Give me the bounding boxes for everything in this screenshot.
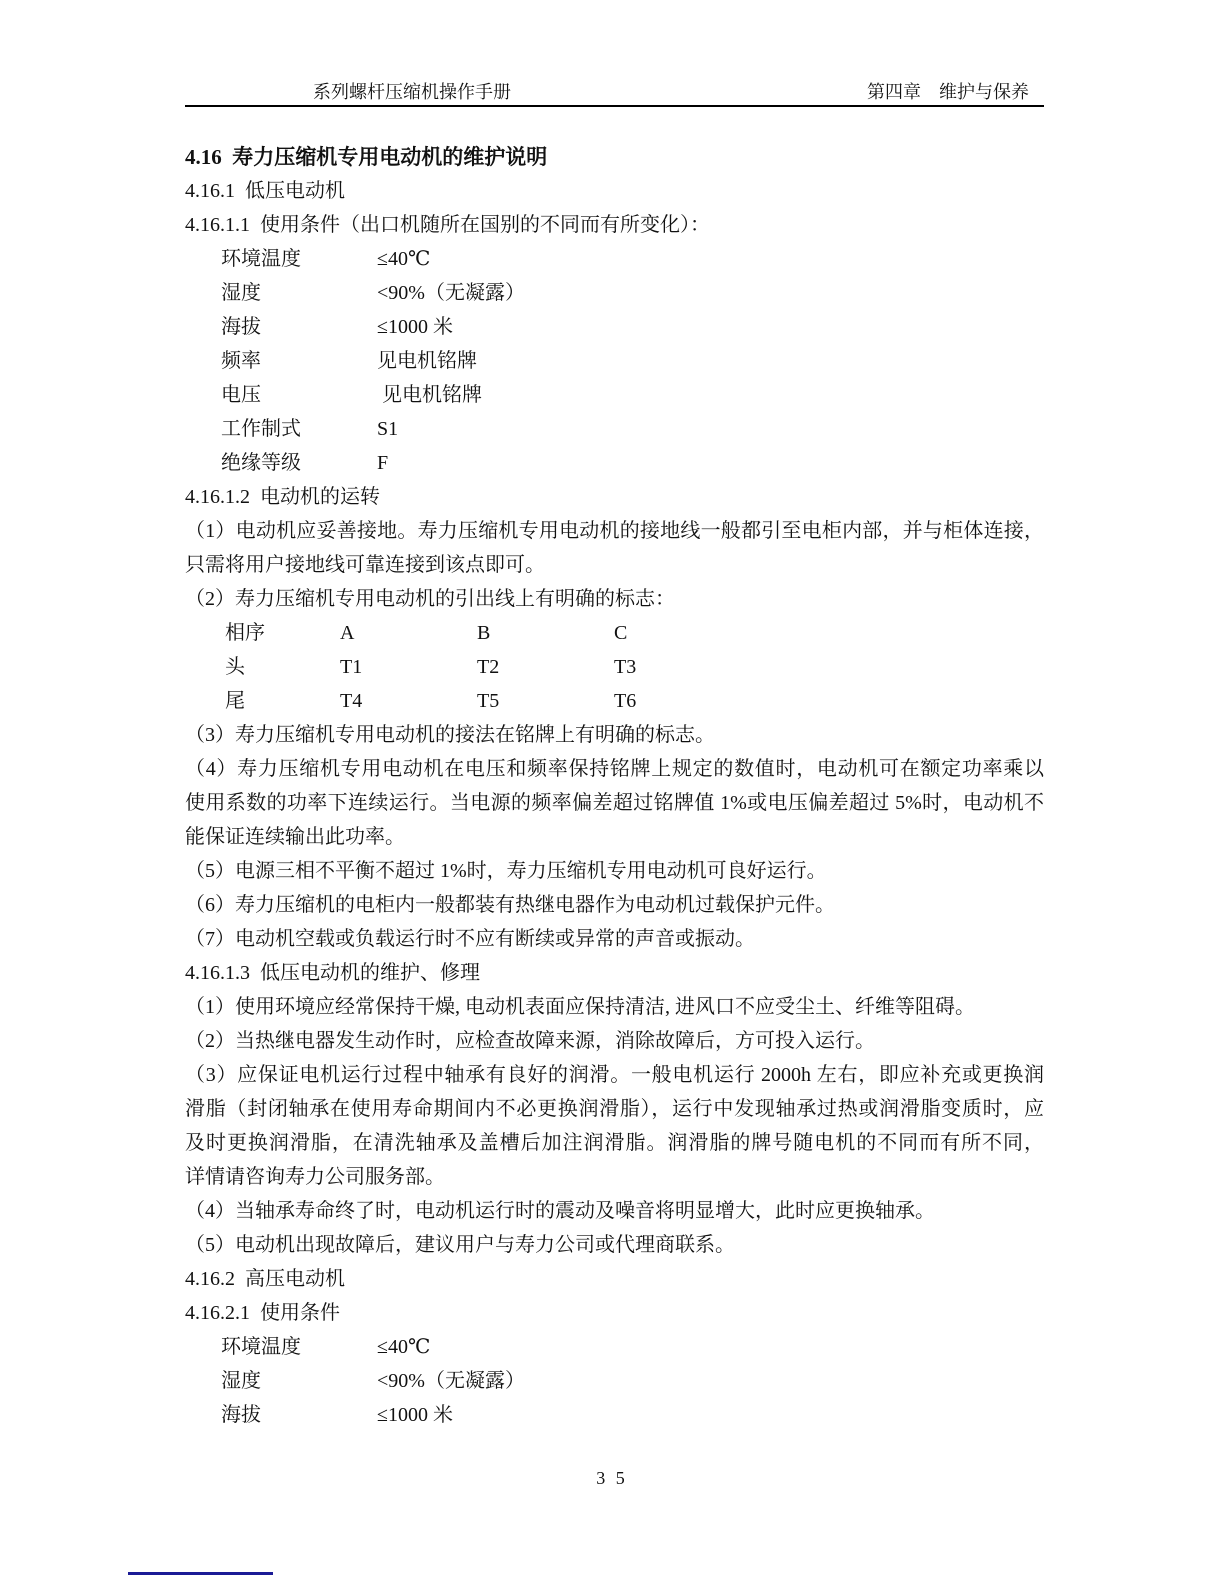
spec-label: 海拔: [221, 1398, 377, 1432]
spec-row-altitude: 海拔≤1000 米: [185, 310, 1044, 344]
paragraph-line: （3）寿力压缩机专用电动机的接法在铭牌上有明确的标志。: [185, 718, 1044, 752]
paragraph-line: （5）电动机出现故障后，建议用户与寿力公司或代理商联系。: [185, 1228, 1044, 1262]
spec-label: 湿度: [221, 276, 377, 310]
subsection-heading-4-16-2-1: 4.16.2.1 使用条件: [185, 1296, 1044, 1330]
spec-value: ≤40℃: [377, 1336, 430, 1358]
spec-label: 绝缘等级: [221, 446, 377, 480]
phase-col-a: T1: [340, 650, 477, 684]
paragraph-line: 能保证连续输出此功率。: [185, 820, 1044, 854]
subsection-heading-4-16-1-3: 4.16.1.3 低压电动机的维护、修理: [185, 956, 1044, 990]
spec-row-insulation-class: 绝缘等级F: [185, 446, 1044, 480]
spec-row-altitude: 海拔≤1000 米: [185, 1398, 1044, 1432]
phase-table-header-row: 相序ABC: [185, 616, 1044, 650]
footer-accent-rule: [128, 1572, 273, 1575]
paragraph-line: （2）寿力压缩机专用电动机的引出线上有明确的标志：: [185, 582, 1044, 616]
paragraph-line: 及时更换润滑脂，在清洗轴承及盖槽后加注润滑脂。润滑脂的牌号随电机的不同而有所不同…: [185, 1126, 1044, 1160]
paragraph-line: （3）应保证电机运行过程中轴承有良好的润滑。一般电机运行 2000h 左右，即应…: [185, 1058, 1044, 1092]
phase-table-tail-row: 尾T4T5T6: [185, 684, 1044, 718]
manual-page: 系列螺杆压缩机操作手册 第四章 维护与保养 4.16 寿力压缩机专用电动机的维护…: [0, 0, 1224, 1584]
paragraph-line: （2）当热继电器发生动作时，应检查故障来源，消除故障后，方可投入运行。: [185, 1024, 1044, 1058]
spec-label: 海拔: [221, 310, 377, 344]
spec-value: 见电机铭牌: [377, 384, 482, 406]
section-heading-4-16: 4.16 寿力压缩机专用电动机的维护说明: [185, 140, 1044, 174]
spec-value: 见电机铭牌: [377, 350, 477, 372]
paragraph-line: （4）寿力压缩机专用电动机在电压和频率保持铭牌上规定的数值时，电动机可在额定功率…: [185, 752, 1044, 786]
phase-col-b: T5: [477, 684, 614, 718]
spec-row-duty-type: 工作制式S1: [185, 412, 1044, 446]
phase-table-head-row: 头T1T2T3: [185, 650, 1044, 684]
phase-col-a: T4: [340, 684, 477, 718]
spec-label: 电压: [221, 378, 377, 412]
spec-row-ambient-temp: 环境温度≤40℃: [185, 242, 1044, 276]
document-body: 4.16 寿力压缩机专用电动机的维护说明 4.16.1 低压电动机 4.16.1…: [185, 140, 1044, 1432]
header-rule: [185, 105, 1044, 107]
phase-col-c: C: [614, 616, 627, 650]
phase-col-label: 相序: [225, 616, 340, 650]
spec-value: S1: [377, 418, 398, 440]
spec-value: ≤1000 米: [377, 1404, 453, 1426]
paragraph-line: （7）电动机空载或负载运行时不应有断续或异常的声音或振动。: [185, 922, 1044, 956]
spec-value: <90%（无凝露）: [377, 282, 525, 304]
spec-label: 频率: [221, 344, 377, 378]
running-header-chapter: 第四章 维护与保养: [867, 81, 1029, 103]
phase-col-a: A: [340, 616, 477, 650]
spec-value: ≤1000 米: [377, 316, 453, 338]
phase-col-label: 尾: [225, 684, 340, 718]
subsection-heading-4-16-2: 4.16.2 高压电动机: [185, 1262, 1044, 1296]
spec-row-humidity: 湿度<90%（无凝露）: [185, 276, 1044, 310]
page-number: 3 5: [0, 1468, 1224, 1489]
spec-row-frequency: 频率见电机铭牌: [185, 344, 1044, 378]
spec-value: ≤40℃: [377, 248, 430, 270]
spec-label: 湿度: [221, 1364, 377, 1398]
paragraph-line: 滑脂（封闭轴承在使用寿命期间内不必更换润滑脂），运行中发现轴承过热或润滑脂变质时…: [185, 1092, 1044, 1126]
phase-col-b: T2: [477, 650, 614, 684]
paragraph-line: （5）电源三相不平衡不超过 1%时，寿力压缩机专用电动机可良好运行。: [185, 854, 1044, 888]
paragraph-line: （1）使用环境应经常保持干燥, 电动机表面应保持清洁, 进风口不应受尘土、纤维等…: [185, 990, 1044, 1024]
phase-col-b: B: [477, 616, 614, 650]
phase-col-c: T3: [614, 650, 636, 684]
running-header-title: 系列螺杆压缩机操作手册: [313, 81, 511, 103]
spec-label: 环境温度: [221, 242, 377, 276]
spec-row-ambient-temp: 环境温度≤40℃: [185, 1330, 1044, 1364]
spec-label: 工作制式: [221, 412, 377, 446]
subsection-heading-4-16-1-2: 4.16.1.2 电动机的运转: [185, 480, 1044, 514]
paragraph-line: 详情请咨询寿力公司服务部。: [185, 1160, 1044, 1194]
phase-col-label: 头: [225, 650, 340, 684]
paragraph-line: 只需将用户接地线可靠连接到该点即可。: [185, 548, 1044, 582]
paragraph-line: （6）寿力压缩机的电柜内一般都装有热继电器作为电动机过载保护元件。: [185, 888, 1044, 922]
paragraph-line: （4）当轴承寿命终了时，电动机运行时的震动及噪音将明显增大，此时应更换轴承。: [185, 1194, 1044, 1228]
spec-row-humidity: 湿度<90%（无凝露）: [185, 1364, 1044, 1398]
spec-label: 环境温度: [221, 1330, 377, 1364]
paragraph-line: 使用系数的功率下连续运行。当电源的频率偏差超过铭牌值 1%或电压偏差超过 5%时…: [185, 786, 1044, 820]
spec-value: <90%（无凝露）: [377, 1370, 525, 1392]
subsection-heading-4-16-1: 4.16.1 低压电动机: [185, 174, 1044, 208]
phase-col-c: T6: [614, 684, 636, 718]
spec-row-voltage: 电压 见电机铭牌: [185, 378, 1044, 412]
paragraph-line: （1）电动机应妥善接地。寿力压缩机专用电动机的接地线一般都引至电柜内部，并与柜体…: [185, 514, 1044, 548]
spec-value: F: [377, 452, 388, 474]
subsection-heading-4-16-1-1: 4.16.1.1 使用条件（出口机随所在国别的不同而有所变化）：: [185, 208, 1044, 242]
